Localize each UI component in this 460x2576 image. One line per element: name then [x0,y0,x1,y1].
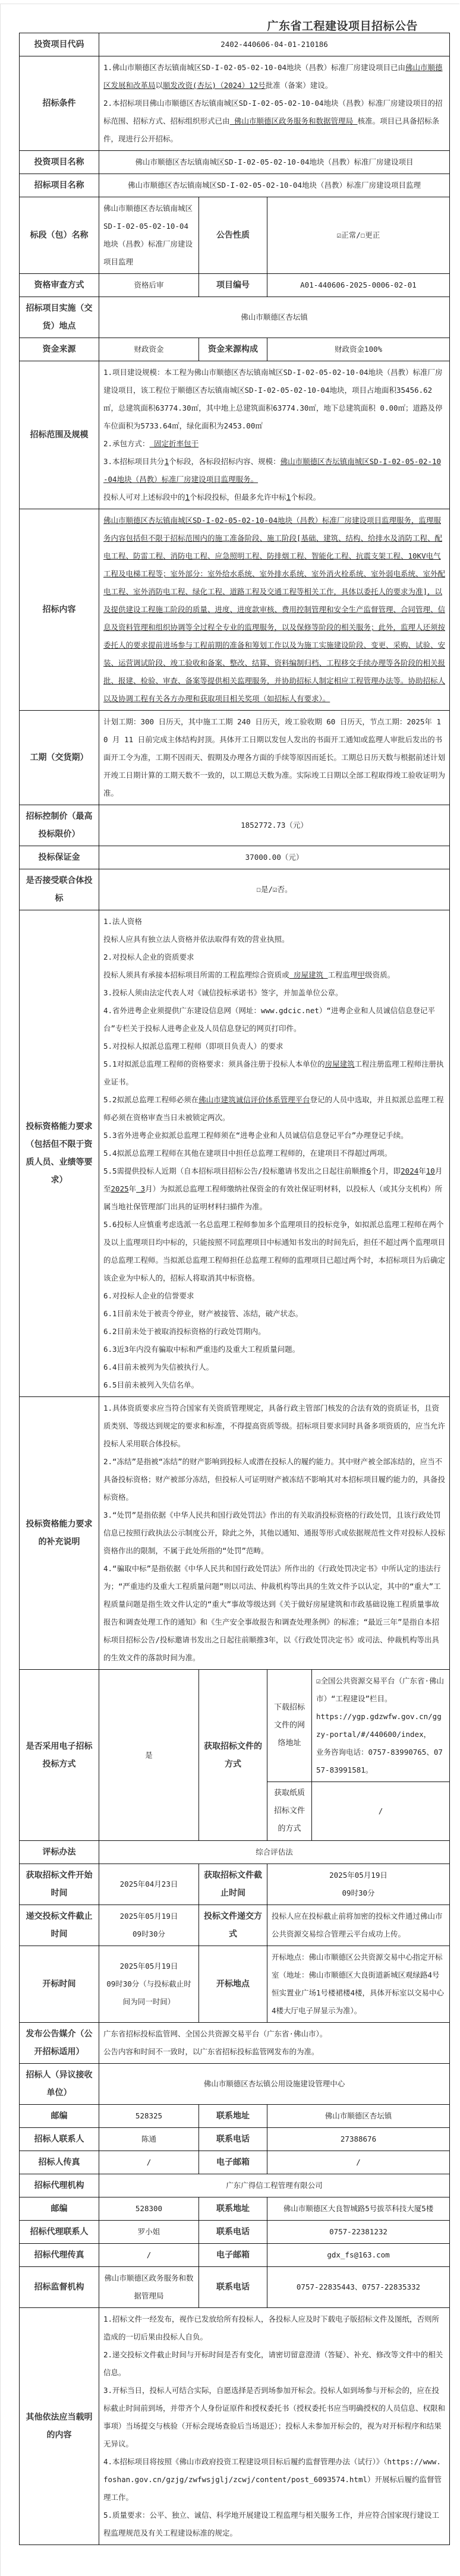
value-agency-contact: 罗小姐 [99,2221,199,2244]
value-obtain-end: 2025年05月19日 09时30分 [267,1864,450,1905]
contract-method: 固定折率包干 [150,439,199,448]
req-line: 5.1对拟派总监理工程师的资格要求：须具备注册于投标人本单位的房屋建筑工程注册监… [103,1055,445,1091]
value-project-code: A01-440606-2025-0006-02-01 [267,274,450,297]
value-electronic: 是 [99,1670,199,1841]
row-tenderer-fax: 招标人传真 / 电子邮箱 / [20,2151,450,2174]
value-media: 广东省招标投标监管网、全国公共资源交易平台（广东省·佛山市）。 公告内容和时间不… [99,2023,450,2064]
label-investment-code: 投资项目代码 [20,33,99,56]
value-submit-deadline: 2025年05月19日 09时30分 [99,1905,199,1946]
label-supplement: 投标资格能力要求的补充说明 [20,1397,99,1670]
row-qualification: 资格审查方式 资格后审 项目编号 A01-440606-2025-0006-02… [20,274,450,297]
label-content: 招标内容 [20,509,99,711]
download-platform: ☑全国公共资源交易平台（广东省·佛山市）“工程建设”栏目。 [316,1672,445,1708]
text: 个标段，各标段招标内容、规模： [169,457,281,466]
text: 5.5需提供投标人近期（自本招标项目招标公告/投标邀请书发出之日起往前顺推 [103,1166,367,1175]
value-supervisor: 佛山市顺德区政务服务和数据管理局 [99,2267,199,2308]
label-phone: 联系电话 [199,2128,267,2151]
label-investment-name: 投资项目名称 [20,151,99,174]
label-supervisor-phone: 联系电话 [199,2267,267,2308]
label-fax: 招标人传真 [20,2151,99,2174]
req-line: 6.2目前未处于被取消投标资格的行政处罚期内。 [103,1323,445,1341]
text: 5.2拟派总监理工程师必须在 [103,1095,199,1104]
value-control-price: 1852772.73（元） [99,805,450,846]
text: 批准（备案）建设。 [266,81,333,90]
row-obtain-time: 获取招标文件开始时间 2025年04月23日 获取招标文件截止时间 2025年0… [20,1864,450,1905]
label-location: 招标项目实施（交货）地点 [20,297,99,338]
download-phone: 业务咨询电话：0757-83990765、0757-83991581。 [316,1743,445,1779]
submit-time: 09时30分 [103,1925,194,1943]
row-section: 标段（包）名称 佛山市顺德区杏坛镇南城区SD-I-02-05-02-10-04地… [20,197,450,274]
label-requirements: 投标资格能力要求（包括但不限于资质人员、业绩等要求） [20,910,99,1397]
row-period: 工期（交货期） 计划工期：300 日历天，其中施工工期 240 日历天，竣工验收… [20,711,450,805]
value-conditions: 1.佛山市顺德区杏坛镇南城区SD-I-02-05-02-10-04地块（昌教）标… [99,56,450,151]
row-submit: 递交投标文件截止时间 2025年05月19日 09时30分 投标文件递交方式 投… [20,1905,450,1946]
value-qualification: 资格后审 [99,274,199,297]
value-email: / [267,2151,450,2174]
label-deposit: 投标保证金 [20,846,99,869]
value-tender-name: 佛山市顺德区杏坛镇南城区SD-I-02-05-02-10-04地块（昌教）标准厂… [99,174,450,197]
label-agency-email: 电子邮箱 [199,2244,267,2267]
label-notice-nature: 公告性质 [199,197,267,274]
credit-platform: 佛山市建筑诚信评价体系管理平台 [199,1095,310,1104]
label-agency: 招标代理机构 [20,2174,99,2197]
value-address: 佛山市顺德区杏坛镇 [267,2105,450,2128]
label-submit-deadline: 递交投标文件截止时间 [20,1905,99,1946]
supplement-paragraph: 2.“冻结”是指被“冻结”的财产影响到投标人或潜在投标人的履约能力。其中财产被全… [103,1453,445,1506]
value-opening-place: 开标地点：佛山市顺德区公共资源交易中心指定开标室（地址：佛山市顺德区大良街道新城… [267,1946,450,2023]
label-period: 工期（交货期） [20,711,99,805]
label-electronic: 是否采用电子招标投标方式 [20,1670,99,1841]
label-opening-place: 开标地点 [199,1946,267,2023]
req-line: 2.对投标人企业的资质要求 [103,948,445,966]
label-tenderer: 招标人（异议接收单位） [20,2064,99,2105]
scope-paragraph-2: 2.承包方式： 固定折率包干 [103,435,445,453]
label-opening-time: 开标时间 [20,1946,99,2023]
label-obtain-end: 获取招标文件截止时间 [199,1864,267,1905]
obtain-end-time: 09时30分 [272,1884,445,1902]
notice-page: 广东省工程建设项目招标公告 投资项目代码 2402-440606-04-01-2… [0,4,459,2576]
label-agency-postcode: 邮编 [20,2197,99,2221]
label-agency-address: 联系地址 [199,2197,267,2221]
row-requirements: 投标资格能力要求（包括但不限于资质人员、业绩等要求） 1.法人资格 投标人应具有… [20,910,450,1397]
value-requirements: 1.法人资格 投标人应具有独立法人资格并依法取得有效的营业执照。 2.对投标人企… [99,910,450,1397]
label-project-code: 项目编号 [199,274,267,297]
opening-time: 09时30分（与投标截止时间为同一时间） [103,1975,194,2011]
req-line: 投标人应具有独立法人资格并依法取得有效的营业执照。 [103,931,445,948]
value-scope: 1.项目建设规模：本工程为佛山市顺德区杏坛镇南城区SD-I-02-05-02-1… [99,361,450,509]
req-line: 4.省外进粤企业须提供广东建设信息网（网址：www.gdcic.net）“进粤企… [103,1002,445,1038]
row-electronic: 是否采用电子招标投标方式 是 获取招标文件的方式 下载招标文件的网络地址 ☑全国… [20,1670,450,1782]
value-download: ☑全国公共资源交易平台（广东省·佛山市）“工程建设”栏目。 https://yg… [312,1670,450,1782]
row-deposit: 投标保证金 37000.00（元） [20,846,450,869]
approval-doc-number: 顺发改资(杏坛)（2024）12号 [163,81,266,90]
row-funding: 资金来源 财政资金 资金来源构成 财政资金100% [20,338,450,361]
text: 5.1对拟派总监理工程师的资格要求：须具备注册于投标人本单位的 [103,1060,325,1068]
text: 个标段投标，但最多允许中标 [190,493,286,502]
value-phone: 27388676 [267,2128,450,2151]
row-evaluation: 评标办法 综合评估法 [20,1841,450,1864]
req-line: 3.投标人须由法定代表人对《诚信投标承诺书》签字，并加盖单位公章。 [103,984,445,1002]
label-control-price: 招标控制价（最高投标限价） [20,805,99,846]
row-supplement: 投标资格能力要求的补充说明 1.具体资质要求应当符合国家有关资质管理规定，具备行… [20,1397,450,1670]
row-agency-contact: 招标代理联系人 罗小姐 联系电话 0757-22381232 [20,2221,450,2244]
label-funding: 资金来源 [20,338,99,361]
end-year: 2025 [111,1184,129,1193]
supplement-paragraph: 3.“处罚”是指依据《中华人民共和国行政处罚法》作出的有关取消投标资格的行政处罚… [103,1506,445,1560]
label-tender-name: 招标项目名称 [20,174,99,197]
obtain-end-date: 2025年05月19日 [272,1866,445,1884]
value-consortium: ☐是/☑否。 [99,869,450,910]
approval-authority: 佛山市顺德区政务服务和数据管理局 [230,116,358,125]
value-tenderer: 佛山市顺德区杏坛镇公用设施建设管理中心 [99,2064,450,2105]
label-consortium: 是否接受联合体投标 [20,869,99,910]
value-agency: 广东广得信工程管理有限公司 [99,2174,450,2197]
text: 月）为拟派总监理工程师缴纳社保资金的有效社保证明材料，以投标人（或其分支机构）所… [103,1184,442,1211]
row-agency-postcode: 邮编 528300 联系地址 佛山市顺德区大良智城路5号拔萃科技大厦5楼 [20,2197,450,2221]
page-title: 广东省工程建设项目招标公告 [1,4,459,31]
text: 投标人须具有承接本招标项目所需的工程监理综合资质或 [103,970,289,979]
content-text: 佛山市顺德区杏坛镇南城区SD-I-02-05-02-10-04地块（昌教）标准厂… [103,516,445,703]
value-supervisor-phone: 0757-22835443、0757-22835332 [267,2267,450,2308]
months: 6 [367,1166,371,1175]
row-other: 其他依法应当载明的内容 1.招标文件一经发布，视作已发放给所有投标人，各投标人应… [20,2308,450,2545]
bid-section-count: 1 [185,493,190,502]
label-qualification: 资格审查方式 [20,274,99,297]
req-line: 5.对投标人拟派总监理工程师（即项目负责人）的要求 [103,1038,445,1055]
row-opening: 开标时间 2025年05月19日 09时30分（与投标截止时间为同一时间） 开标… [20,1946,450,2023]
label-obtain-method: 获取招标文件的方式 [199,1670,267,1841]
text: 个标段。 [291,493,320,502]
other-paragraph: 2.递交投标文件截止时间与开标时间是否有变化，请密切留意澄清（答疑）、补充、修改… [103,2346,445,2382]
text: 3.本招标项目共分 [103,457,165,466]
scope-paragraph-1: 1.项目建设规模：本工程为佛山市顺德区杏坛镇南城区SD-I-02-05-02-1… [103,364,445,435]
label-media: 发布公告媒介（公开招标适用） [20,2023,99,2064]
tender-notice-table: 投资项目代码 2402-440606-04-01-210186 招标条件 1.佛… [19,33,450,2545]
other-paragraph: 4.本招标项目将按照《佛山市政府投资工程建设项目标后履约监督管理办法（试行）》（… [103,2453,445,2506]
value-content: 佛山市顺德区杏坛镇南城区SD-I-02-05-02-10-04地块（昌教）标准厂… [99,509,450,711]
label-supervisor: 招标监督机构 [20,2267,99,2308]
value-investment-code: 2402-440606-04-01-210186 [99,33,450,56]
download-url-link[interactable]: https://ygp.gdzwfw.gov.cn/ggzy-portal/#/… [316,1708,445,1743]
value-agency-email[interactable]: gdx_fs@163.com [267,2244,450,2267]
row-tenderer-contact: 招标人联系人 陈通 联系电话 27388676 [20,2128,450,2151]
row-agency-fax: 招标代理传真 / 电子邮箱 gdx_fs@163.com [20,2244,450,2267]
value-location: 佛山市顺德区杏坛镇 [99,297,450,338]
label-postcode: 邮编 [20,2105,99,2128]
value-notice-nature: ☑正常/☐更正 [267,197,450,274]
label-conditions: 招标条件 [20,56,99,151]
row-tenderer-postcode: 邮编 528325 联系地址 佛山市顺德区杏坛镇 [20,2105,450,2128]
text: 投标人可对上述标段中的 [103,493,185,502]
req-line: 1.法人资格 [103,913,445,931]
row-supervisor: 招标监督机构 佛山市顺德区政务服务和数据管理局 联系电话 0757-228354… [20,2267,450,2308]
value-other: 1.招标文件一经发布，视作已发放给所有投标人，各投标人应及时下载电子版招标文件及… [99,2308,450,2545]
value-evaluation: 综合评估法 [99,1841,450,1864]
value-paper-method: / [312,1782,450,1841]
row-scope: 招标范围及规模 1.项目建设规模：本工程为佛山市顺德区杏坛镇南城区SD-I-02… [20,361,450,509]
value-obtain-start: 2025年04月23日 [99,1864,199,1905]
text: 以 [156,81,163,90]
label-obtain-start: 获取招标文件开始时间 [20,1864,99,1905]
win-section-count: 1 [286,493,291,502]
req-line: 5.6投标人应慎重考虑选派一名总监理工程师参加多个监理项目的投标竞争，如拟派总监… [103,1216,445,1287]
scope-paragraph-3: 3.本招标项目共分1个标段，各标段招标内容、规模：佛山市顺德区杏坛镇南城区SD-… [103,453,445,488]
other-paragraph: 1.招标文件一经发布，视作已发放给所有投标人，各投标人应及时下载电子版招标文件及… [103,2310,445,2346]
text: 工程监理 [328,970,358,979]
other-paragraph: 5.质量要求：公平、独立、诚信、科学地开展建设工程监理与相关服务工作，并应符合国… [103,2506,445,2542]
label-contact: 招标人联系人 [20,2128,99,2151]
text: 年 [129,1184,137,1193]
value-agency-postcode: 528300 [99,2197,199,2221]
text: 级资质。 [365,970,395,979]
label-address: 联系地址 [199,2105,267,2128]
value-contact: 陈通 [99,2128,199,2151]
start-year: 2024 [401,1166,418,1175]
value-agency-fax: / [99,2244,199,2267]
req-line: 6.5目前未被列入失信名单。 [103,1376,445,1394]
end-month: 3 [136,1184,145,1193]
value-period: 计划工期：300 日历天，其中施工工期 240 日历天，竣工验收期 60 日历天… [99,711,450,805]
label-evaluation: 评标办法 [20,1841,99,1864]
text: 1.佛山市顺德区杏坛镇南城区SD-I-02-05-02-10-04地块（昌教）标… [103,63,405,72]
row-media: 发布公告媒介（公开招标适用） 广东省招标投标监管网、全国公共资源交易平台（广东省… [20,2023,450,2064]
value-funding-composition: 财政资金100% [267,338,450,361]
text: 个月，即 [371,1166,401,1175]
row-content: 招标内容 佛山市顺德区杏坛镇南城区SD-I-02-05-02-10-04地块（昌… [20,509,450,711]
value-agency-address: 佛山市顺德区大良智城路5号拔萃科技大厦5楼 [267,2197,450,2221]
req-line: 6.1目前未处于被责令停业，财产被接管、冻结，破产状态。 [103,1305,445,1323]
label-agency-phone: 联系电话 [199,2221,267,2244]
req-line: 投标人须具有承接本招标项目所需的工程监理综合资质或 房屋建筑 工程监理甲级资质。 [103,966,445,984]
text: 2.承包方式： [103,439,150,448]
row-location: 招标项目实施（交货）地点 佛山市顺德区杏坛镇 [20,297,450,338]
supplement-paragraph: 4.“骗取中标”是指依据《中华人民共和国行政处罚法》所作出的《行政处罚决定书》中… [103,1560,445,1667]
row-consortium: 是否接受联合体投标 ☐是/☑否。 [20,869,450,910]
qualification-type: 房屋建筑 [289,970,328,979]
row-investment-name: 投资项目名称 佛山市顺德区杏坛镇南城区SD-I-02-05-02-10-04地块… [20,151,450,174]
media-line: 广东省招标投标监管网、全国公共资源交易平台（广东省·佛山市）。 [103,2025,445,2043]
value-submit-method: 投标人应在投标截止前将加密的投标文件通过佛山市公共资源交易综合管理云平台成功上传… [267,1905,450,1946]
label-funding-composition: 资金来源构成 [199,338,267,361]
value-section: 佛山市顺德区杏坛镇南城区SD-I-02-05-02-10-04地块（昌教）标准厂… [99,197,199,274]
value-postcode: 528325 [99,2105,199,2128]
label-agency-fax: 招标代理传真 [20,2244,99,2267]
section-count: 1 [165,457,169,466]
row-tenderer: 招标人（异议接收单位） 佛山市顺德区杏坛镇公用设施建设管理中心 [20,2064,450,2105]
supplement-paragraph: 1.具体资质要求应当符合国家有关资质管理规定，具备行政主管部门核发的合法有效的资… [103,1399,445,1453]
conditions-paragraph-1: 1.佛山市顺德区杏坛镇南城区SD-I-02-05-02-10-04地块（昌教）标… [103,59,445,94]
value-agency-phone: 0757-22381232 [267,2221,450,2244]
value-funding: 财政资金 [99,338,199,361]
label-submit-method: 投标文件递交方式 [199,1905,267,1946]
value-supplement: 1.具体资质要求应当符合国家有关资质管理规定，具备行政主管部门核发的合法有效的资… [99,1397,450,1670]
value-fax: / [99,2151,199,2174]
text: 年 [418,1166,426,1175]
value-investment-name: 佛山市顺德区杏坛镇南城区SD-I-02-05-02-10-04地块（昌教）标准厂… [99,151,450,174]
row-conditions: 招标条件 1.佛山市顺德区杏坛镇南城区SD-I-02-05-02-10-04地块… [20,56,450,151]
other-paragraph: 3.开标当日，投标人可结合实际，自愿选择是否到场参加开标会。投标人如到场参与开标… [103,2382,445,2453]
req-line: 5.4拟派总监理工程师在其他在建项目中担任总监理工程师的，在建项目不得超过两项。 [103,1144,445,1162]
submit-date: 2025年05月19日 [103,1907,194,1925]
qualification-grade: 甲 [358,970,366,979]
label-download-url: 下载招标文件的网络地址 [267,1670,312,1782]
row-control-price: 招标控制价（最高投标限价） 1852772.73（元） [20,805,450,846]
row-investment-code: 投资项目代码 2402-440606-04-01-210186 [20,33,450,56]
footer-spacer [1,2545,459,2576]
req-line: 5.3省外进粤企业拟派总监理工程师须在“进粤企业和人员诚信信息登记平台”办理登记… [103,1127,445,1144]
value-deposit: 37000.00（元） [99,846,450,869]
row-tender-name: 招标项目名称 佛山市顺德区杏坛镇南城区SD-I-02-05-02-10-04地块… [20,174,450,197]
label-email: 电子邮箱 [199,2151,267,2174]
scope-paragraph-4: 投标人可对上述标段中的1个标段投标，但最多允许中标1个标段。 [103,488,445,506]
req-line: 5.5需提供投标人近期（自本招标项目招标公告/投标邀请书发出之日起往前顺推6个月… [103,1162,445,1216]
req-line: 6.对投标人企业的信誉要求 [103,1287,445,1305]
media-line: 公告内容和时间不一致时，以广东省招标投标监管网发布的为准。 [103,2043,445,2061]
start-month: 10 [426,1166,435,1175]
req-line: 6.3近3年内没有骗取中标和严重违约及重大工程质量问题。 [103,1341,445,1358]
value-opening-time: 2025年05月19日 09时30分（与投标截止时间为同一时间） [99,1946,199,2023]
label-section: 标段（包）名称 [20,197,99,274]
label-agency-contact: 招标代理联系人 [20,2221,99,2244]
conditions-paragraph-2: 2.本招标项目佛山市顺德区杏坛镇南城区SD-I-02-05-02-10-04地块… [103,94,445,148]
engineer-type: 房屋建筑 [325,1060,355,1068]
opening-date: 2025年05月19日 [103,1957,194,1975]
req-line: 5.2拟派总监理工程师必须在佛山市建筑诚信评价体系管理平台登记的人员中选取，并且… [103,1091,445,1127]
label-paper-method: 获取纸质招标文件的方式 [267,1782,312,1841]
row-agency: 招标代理机构 广东广得信工程管理有限公司 [20,2174,450,2197]
req-line: 6.4目前未被列为失信被执行人。 [103,1358,445,1376]
label-other: 其他依法应当载明的内容 [20,2308,99,2545]
label-scope: 招标范围及规模 [20,361,99,509]
